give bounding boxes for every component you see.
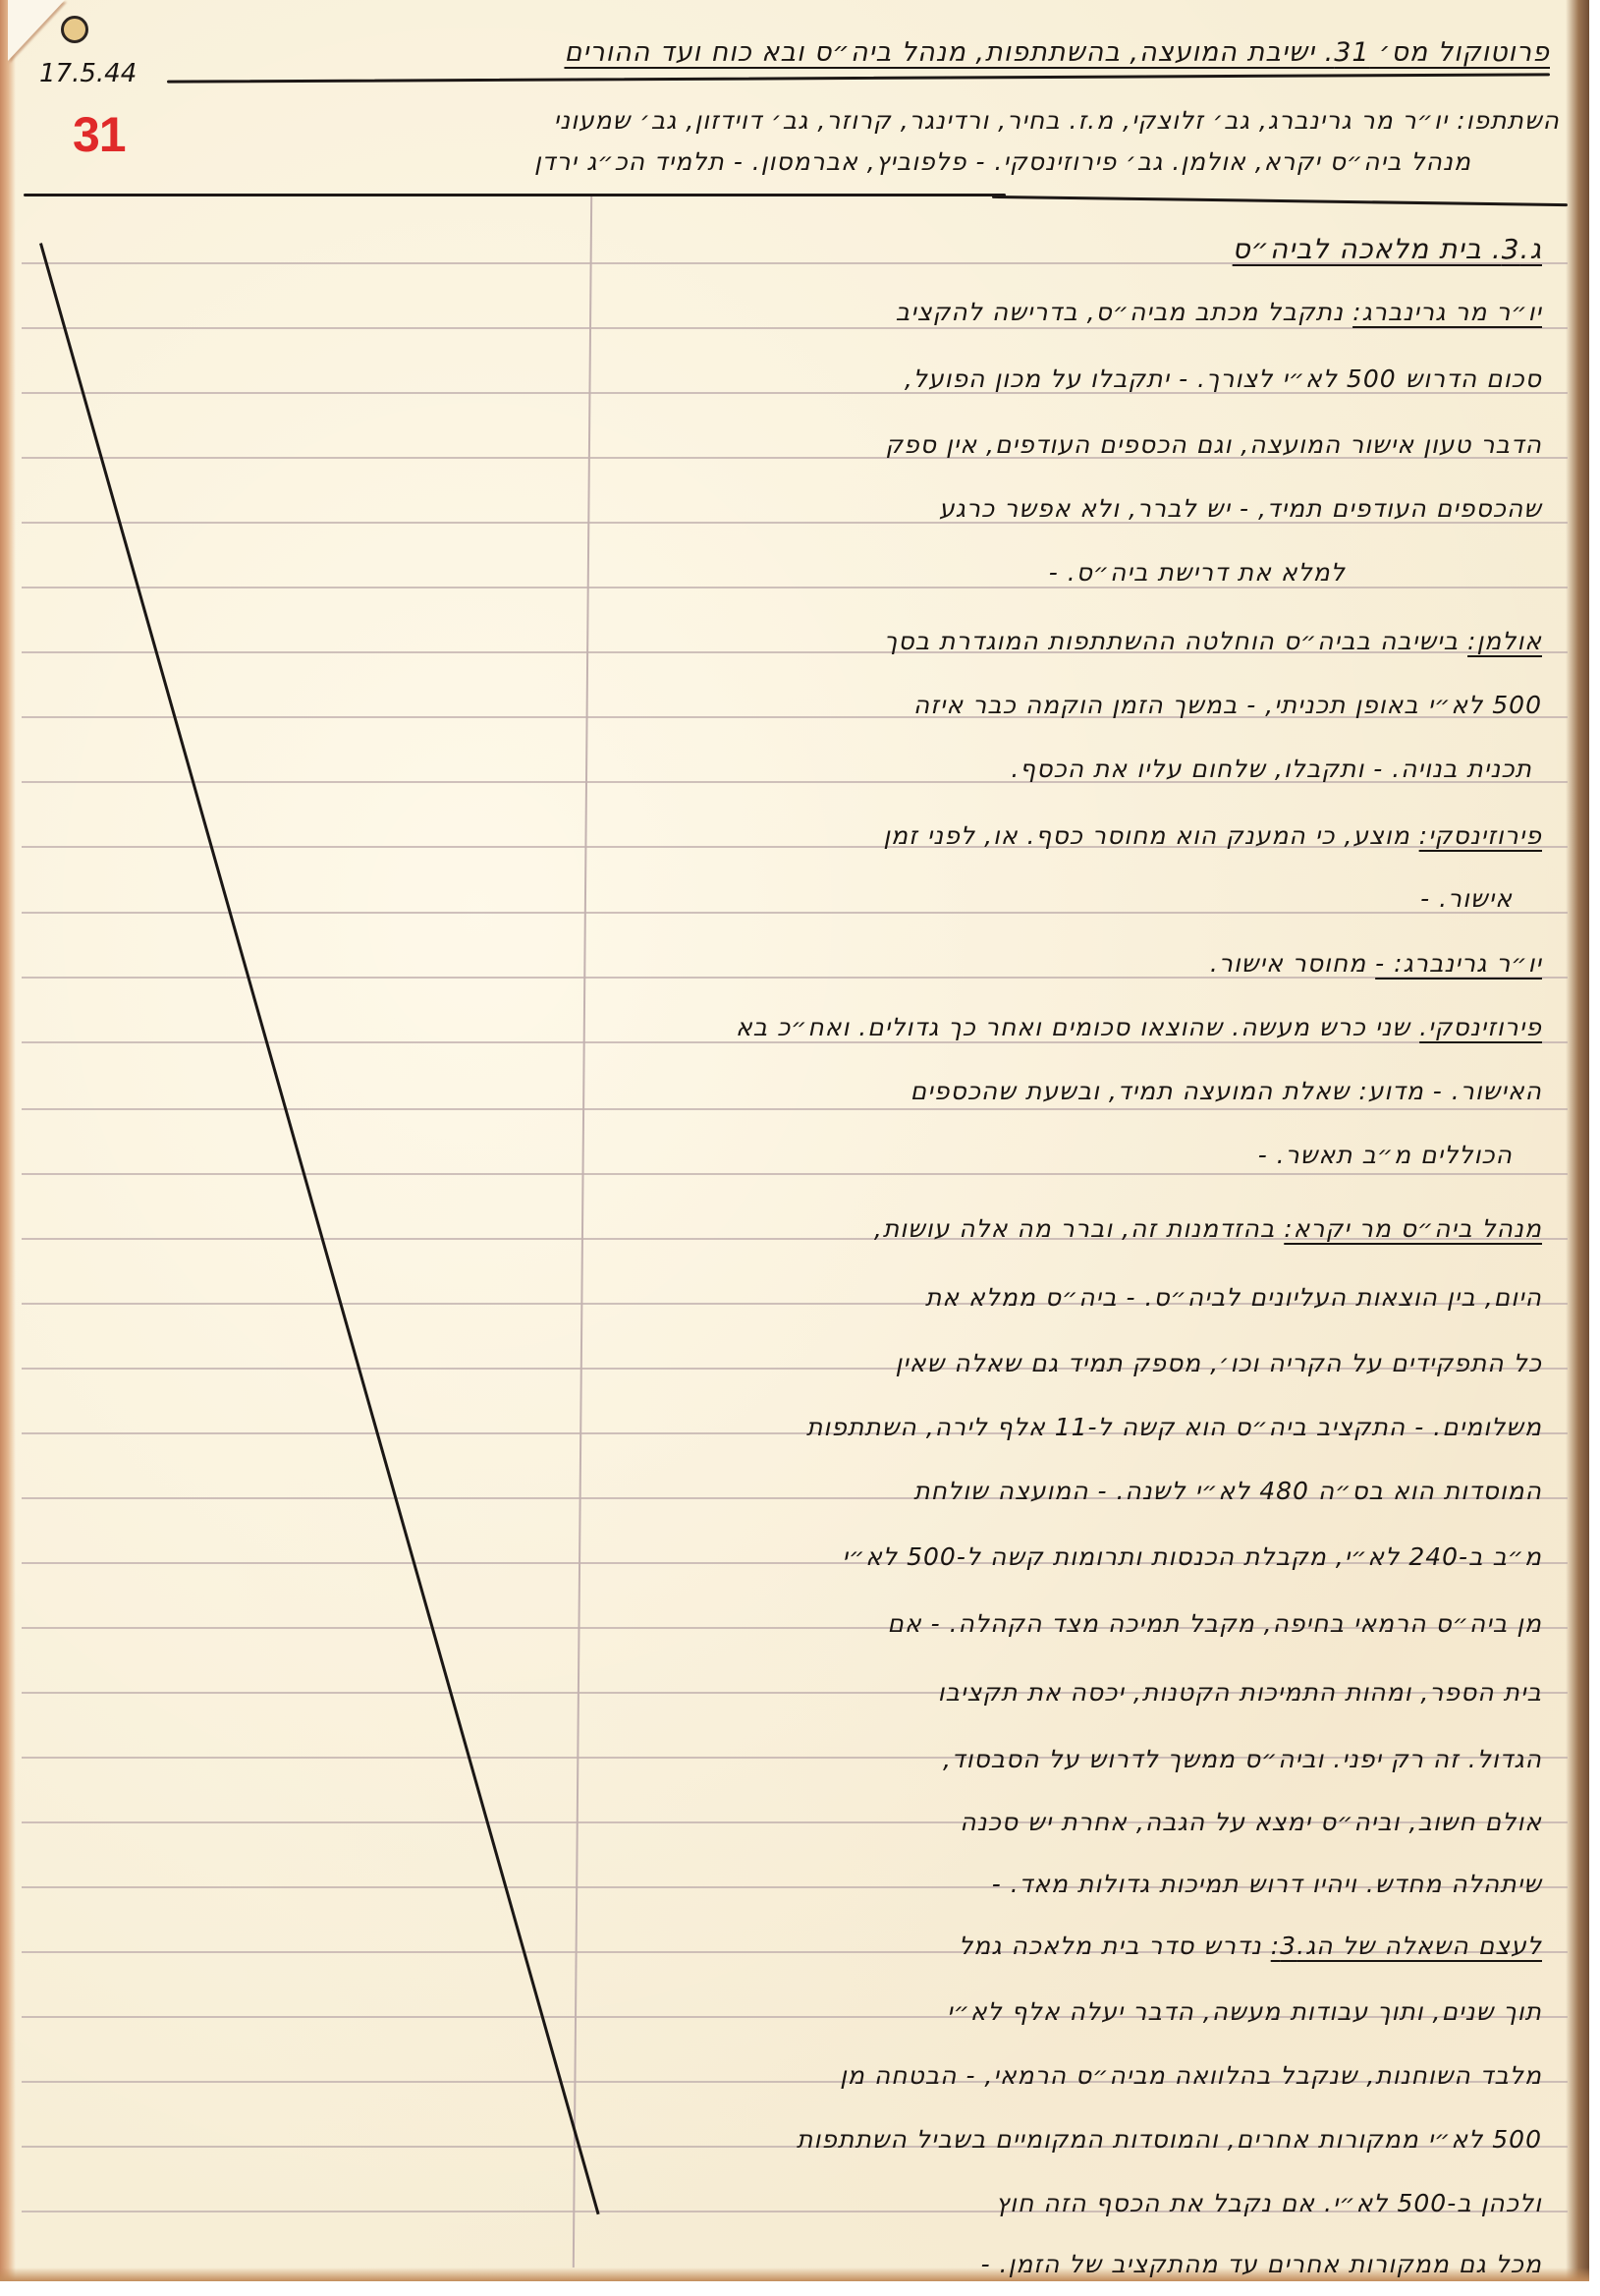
speaker-label: יו״ר מר גרינברג: (1352, 298, 1542, 326)
text-line: ולכהן ב-500 לא״י. אם נקבל את הכסף הזה חו… (996, 2191, 1542, 2215)
text-line: מכל גם ממקורות אחרים עד מהתקציב של הזמן.… (981, 2252, 1542, 2276)
text-line: אישור. - (1420, 886, 1513, 911)
title-line: פרוטוקול מס׳ 31. ישיבת המועצה, בהשתתפות,… (564, 39, 1550, 66)
header-separator-line (24, 194, 1006, 196)
text-line: האישור. - מדוע: שאלת המועצה תמיד, ובשעת … (910, 1079, 1542, 1103)
speaker-paragraph: אולמן: בישיבה בביה״ס הוחלטה ההשתתפות המו… (884, 629, 1542, 653)
speaker-paragraph: לעצם השאלה של הג.3: נדרש סדר בית מלאכה ג… (959, 1933, 1542, 1958)
section-heading: ג.3. בית מלאכה לביה״ס (1233, 236, 1542, 263)
speaker-label: פירוזינסקי: (1419, 821, 1542, 850)
text-line: היום, בין הוצאות העליונים לביה״ס. - ביה״… (925, 1285, 1542, 1310)
text-line: מ״ב ב-240 לא״י, מקבלת הכנסות ותרומות קשה… (843, 1544, 1542, 1569)
notebook-page: פרוטוקול מס׳ 31. ישיבת המועצה, בהשתתפות,… (0, 0, 1589, 2281)
page-left-edge (0, 0, 16, 2281)
speaker-paragraph: יו״ר גרינברג: - מחוסר אישור. (1210, 951, 1542, 976)
text-line: הגדול. זה רק יפני. וביה״ס ממשך לדרוש על … (943, 1747, 1542, 1771)
text-line: שהכספים העודפים תמיד, - יש לברר, ולא אפש… (939, 496, 1542, 521)
meeting-date: 17.5.44 (39, 59, 137, 88)
text-line: משלומים. - התקציב ביה״ס הוא קשה ל-11 אלף… (806, 1415, 1542, 1439)
text-line: הכוללים מ״ב תאשר. - (1258, 1143, 1513, 1167)
text-line: הדבר טעון אישור המועצה, וגם הכספים העודפ… (885, 432, 1542, 457)
folded-corner (8, 0, 65, 61)
text-line: מן ביה״ס הרמאי בחיפה, מקבל תמיכה מצד הקה… (887, 1611, 1542, 1636)
text-line: אולם חשוב, וביה״ס ימצא על הגבה, אחרת יש … (960, 1810, 1542, 1834)
text-line: בית הספר, ומהות התמיכות הקטנות, יכסה את … (938, 1680, 1542, 1705)
text-line: המוסדות הוא בס״ה 480 לא״י לשנה. - המועצה… (913, 1479, 1542, 1503)
text-line: 500 לא״י באופן תכניתי, - במשך הזמן הוקמה… (913, 693, 1542, 717)
column-divider (573, 196, 592, 2268)
speaker-label: לעצם השאלה של הג.3: (1271, 1932, 1542, 1960)
strikethrough-diagonal-line (39, 243, 599, 2214)
text-line: 500 לא״י ממקורות אחרים, והמוסדות המקומיי… (797, 2127, 1542, 2152)
title-underline (167, 73, 1550, 83)
speaker-paragraph: פירוזינסקי. שני כרש מעשה. שהוצאו סכומים … (736, 1015, 1542, 1039)
participants-line-1: השתתפו: יו״ר מר גרינברג, גב׳ זלוצקי, מ.ז… (554, 108, 1560, 133)
text-line: סכום הדרוש 500 לא״י לצורך. - יתקבלו על מ… (905, 366, 1542, 391)
text-line: מלבד השוחנות, שנקבל בהלוואה מביה״ס הרמאי… (840, 2063, 1542, 2088)
page-right-edge-shadow (1566, 0, 1589, 2281)
protocol-number-stamp: 31 (73, 106, 126, 163)
speaker-label: פירוזינסקי. (1419, 1013, 1542, 1041)
speaker-label: יו״ר גרינברג: - (1375, 949, 1542, 978)
speaker-label: מנהל ביה״ס מר יקרא: (1284, 1214, 1542, 1243)
speaker-paragraph: מנהל ביה״ס מר יקרא: בהזדמנות זה, וברר מה… (874, 1216, 1542, 1241)
speaker-paragraph: יו״ר מר גרינברג: נתקבל מכתב מביה״ס, בדרי… (896, 300, 1542, 324)
header-separator-line-right (992, 196, 1568, 206)
text-line: תוך שנים, ותוך עבודות מעשה, הדבר יעלה אל… (947, 1999, 1542, 2024)
participants-line-2: מנהל ביה״ס יקרא, אולמן. גב׳ פירוזינסקי. … (534, 149, 1471, 174)
text-line: שיתהלה מחדש. ויהיו דרוש תמיכות גדולות מא… (992, 1872, 1542, 1896)
text-line: כל התפקידים על הקריה וכו׳, מספק תמיד גם … (895, 1351, 1542, 1375)
text-line: תכנית בנויה. - ותקבלו, שלחום עליו את הכס… (1011, 756, 1532, 781)
text-line: למלא את דרישת ביה״ס. - (1049, 560, 1346, 585)
paper-clip-icon (61, 16, 88, 43)
speaker-paragraph: פירוזינסקי: מוצע, כי המענק הוא מחוסר כסף… (883, 823, 1542, 848)
speaker-label: אולמן: (1467, 627, 1542, 655)
